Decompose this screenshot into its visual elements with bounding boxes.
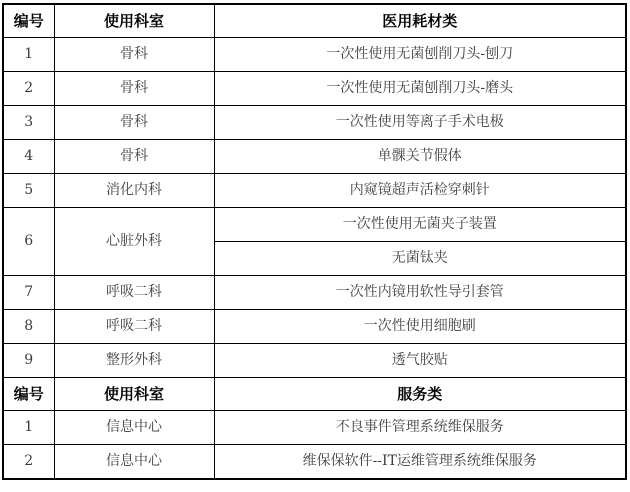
row-number-cell: 5 [3, 174, 54, 208]
department-cell: 整形外科 [54, 344, 214, 378]
item-cell: 内窥镜超声活检穿刺针 [214, 174, 626, 208]
row-number-cell: 3 [3, 106, 54, 140]
item-cell: 一次性使用无菌夹子装置 [214, 208, 626, 242]
department-cell: 信息中心 [54, 411, 214, 445]
header-cell-number: 编号 [3, 378, 54, 411]
department-cell: 骨科 [54, 106, 214, 140]
header-cell-category: 服务类 [214, 378, 626, 411]
department-cell: 骨科 [54, 38, 214, 72]
item-cell: 一次性使用无菌刨削刀头-刨刀 [214, 38, 626, 72]
table-row: 3 骨科 一次性使用等离子手术电极 [3, 106, 626, 140]
table-row: 2 信息中心 维保保软件--IT运维管理系统维保服务 [3, 445, 626, 480]
item-cell: 一次性使用细胞刷 [214, 310, 626, 344]
department-cell: 心脏外科 [54, 208, 214, 276]
item-cell: 一次性使用无菌刨削刀头-磨头 [214, 72, 626, 106]
header-cell-number: 编号 [3, 4, 54, 38]
department-cell: 信息中心 [54, 445, 214, 480]
item-cell: 单髁关节假体 [214, 140, 626, 174]
item-cell: 维保保软件--IT运维管理系统维保服务 [214, 445, 626, 480]
row-number-cell: 1 [3, 411, 54, 445]
department-cell: 呼吸二科 [54, 310, 214, 344]
item-cell: 透气胶贴 [214, 344, 626, 378]
item-cell: 不良事件管理系统维保服务 [214, 411, 626, 445]
header-cell-category: 医用耗材类 [214, 4, 626, 38]
row-number-cell: 7 [3, 276, 54, 310]
services-header-row: 编号 使用科室 服务类 [3, 378, 626, 411]
table-row: 7 呼吸二科 一次性内镜用软性导引套管 [3, 276, 626, 310]
item-cell: 一次性内镜用软性导引套管 [214, 276, 626, 310]
document-page: 编号 使用科室 医用耗材类 1 骨科 一次性使用无菌刨削刀头-刨刀 2 骨科 一… [0, 3, 630, 492]
item-cell: 一次性使用等离子手术电极 [214, 106, 626, 140]
table-row: 8 呼吸二科 一次性使用细胞刷 [3, 310, 626, 344]
department-cell: 骨科 [54, 72, 214, 106]
table-row: 4 骨科 单髁关节假体 [3, 140, 626, 174]
row-number-cell: 1 [3, 38, 54, 72]
header-cell-department: 使用科室 [54, 4, 214, 38]
row-number-cell: 2 [3, 72, 54, 106]
department-cell: 呼吸二科 [54, 276, 214, 310]
consumables-header-row: 编号 使用科室 医用耗材类 [3, 4, 626, 38]
department-cell: 消化内科 [54, 174, 214, 208]
procurement-table: 编号 使用科室 医用耗材类 1 骨科 一次性使用无菌刨削刀头-刨刀 2 骨科 一… [2, 3, 627, 480]
header-cell-department: 使用科室 [54, 378, 214, 411]
table-row: 2 骨科 一次性使用无菌刨削刀头-磨头 [3, 72, 626, 106]
row-number-cell: 4 [3, 140, 54, 174]
item-cell: 无菌钛夹 [214, 242, 626, 276]
table-row: 5 消化内科 内窥镜超声活检穿刺针 [3, 174, 626, 208]
row-number-cell: 9 [3, 344, 54, 378]
table-row: 1 信息中心 不良事件管理系统维保服务 [3, 411, 626, 445]
department-cell: 骨科 [54, 140, 214, 174]
row-number-cell: 2 [3, 445, 54, 480]
table-row: 9 整形外科 透气胶贴 [3, 344, 626, 378]
table-row-merged: 6 心脏外科 一次性使用无菌夹子装置 [3, 208, 626, 242]
row-number-cell: 6 [3, 208, 54, 276]
table-row: 1 骨科 一次性使用无菌刨削刀头-刨刀 [3, 38, 626, 72]
row-number-cell: 8 [3, 310, 54, 344]
